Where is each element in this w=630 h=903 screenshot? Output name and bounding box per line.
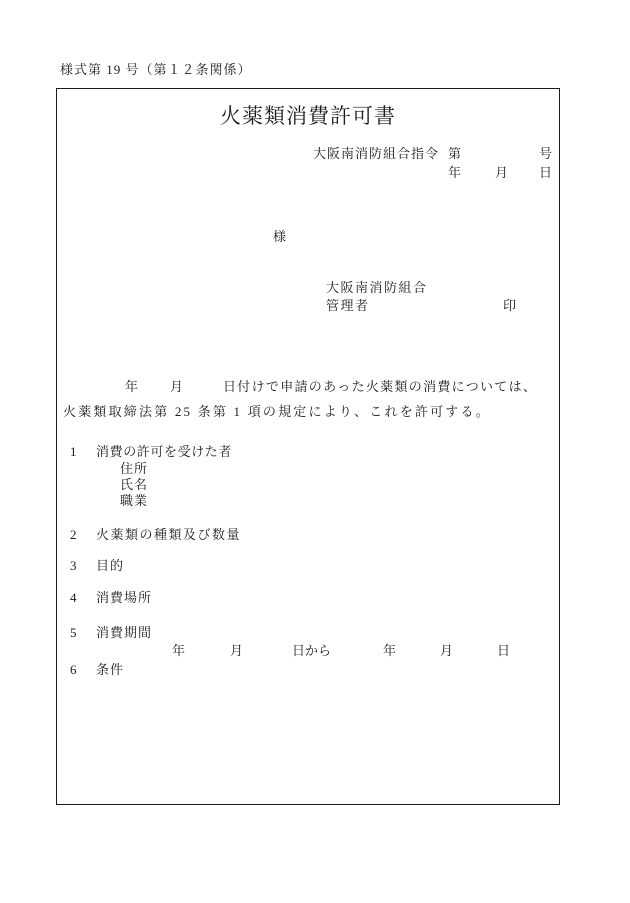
item-5-period-day-from: 日から [292,643,331,658]
item-5-label: 消費期間 [96,625,152,640]
item-4-label: 消費場所 [96,590,152,605]
item-5-number: 5 [70,625,77,640]
issuer-seal-mark: 印 [503,298,516,313]
permit-title: 火薬類消費許可書 [56,103,560,130]
item-6-number: 6 [70,662,77,677]
issue-date-month-label: 月 [495,165,508,180]
item-1-subfield-name: 氏名 [120,477,148,492]
form-number-label: 様式第 19 号（第１２条関係） [60,62,252,77]
item-4-number: 4 [70,590,77,605]
item-2-label: 火薬類の種類及び数量 [96,527,241,542]
item-1-number: 1 [70,444,77,459]
item-5-period-month-to: 月 [440,643,453,658]
body-application-year-label: 年 [125,379,138,394]
body-paragraph-line1: 日付けで申請のあった火薬類の消費については、 [223,379,537,394]
issuer-title: 管理者 [326,298,370,313]
item-5-period-day-to: 日 [497,643,510,658]
item-5-period-year-from: 年 [172,643,185,658]
issuer-organization: 大阪南消防組合 [326,280,428,295]
item-6-label: 条件 [96,662,124,677]
item-5-period-month-from: 月 [230,643,243,658]
directive-number-suffix: 号 [539,146,552,161]
item-1-subfield-occupation: 職業 [120,493,148,508]
item-1-subfield-address: 住所 [120,461,148,476]
directive-org-label: 大阪南消防組合指令 [313,146,439,161]
body-paragraph-line2: 火薬類取締法第 25 条第 1 項の規定により、これを許可する。 [63,404,491,419]
addressee-honorific: 様 [273,229,286,244]
permit-document-page: 様式第 19 号（第１２条関係） 火薬類消費許可書 大阪南消防組合指令 第 号 … [0,0,630,903]
issue-date-day-label: 日 [539,165,552,180]
directive-number-prefix: 第 [448,146,461,161]
item-1-label: 消費の許可を受けた者 [96,444,232,459]
issue-date-year-label: 年 [448,165,461,180]
item-3-number: 3 [70,558,77,573]
item-3-label: 目的 [96,558,124,573]
item-5-period-year-to: 年 [383,643,396,658]
item-2-number: 2 [70,527,77,542]
body-application-month-label: 月 [170,379,183,394]
